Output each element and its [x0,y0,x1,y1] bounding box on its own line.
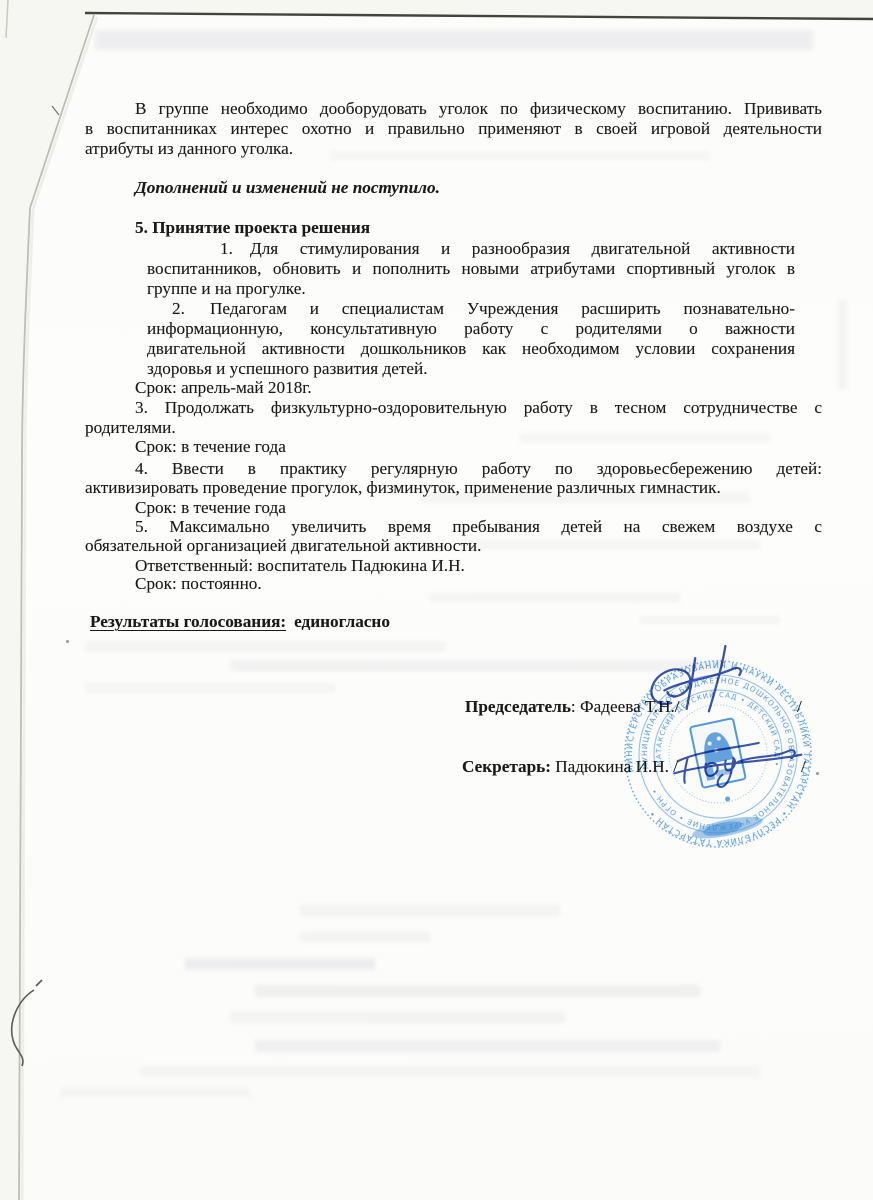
item-text: Для стимулирования и разнообразия двигат… [250,239,795,258]
voting-results-line: Результаты голосования:единогласно [90,611,390,632]
bleedthrough-artifact [838,300,847,390]
decision-item-2-line: информационную, консультативную работу с… [147,318,795,339]
section-5-heading: 5. Принятие проекта решения [135,217,370,238]
chairman-label: Председатель [465,697,571,716]
item-text: Педагогам и специалистам Учреждения расш… [210,299,795,318]
no-amendments-line: Дополнений и изменений не поступило. [135,177,440,198]
deadline-line: Срок: в течение года [135,497,286,518]
bleedthrough-artifact [85,641,445,652]
decision-item-2-line: 2.Педагогам и специалистам Учреждения ра… [172,298,795,319]
decision-item-1-line: воспитанников, обновить и пополнить новы… [147,258,795,279]
bleedthrough-artifact [460,540,760,550]
paragraph-line: В группе необходимо дооборудовать уголок… [135,98,822,119]
decision-item-1-line: группе и на прогулке. [147,278,306,299]
bleedthrough-artifact [185,958,375,970]
bleedthrough-artifact [95,30,813,50]
decision-item-5-line: обязательной организацией двигательной а… [85,535,481,556]
bleedthrough-artifact [255,1040,720,1052]
decision-item-1-line: 1.Для стимулирования и разнообразия двиг… [220,238,795,259]
scanner-edge-mark [6,0,8,38]
bleedthrough-artifact [300,932,430,942]
secretary-signature-scribble [666,732,809,801]
scanned-page: В группе необходимо дооборудовать уголок… [0,0,873,1200]
bleedthrough-artifact [640,615,780,625]
deadline-line: Срок: постоянно. [135,573,262,594]
voting-label: Результаты голосования: [90,612,286,631]
paragraph-line: атрибуты из данного уголка. [85,138,293,159]
item-number: 2. [172,298,210,319]
decision-item-2-line: здоровья и успешного развития детей. [147,358,428,379]
voting-value: единогласно [294,612,390,631]
deadline-line: Срок: в течение года [135,436,286,457]
decision-item-4-line: 4. Ввести в практику регулярную работу п… [135,458,822,479]
scan-speck [66,640,69,643]
chairman-signature-scribble [637,640,787,728]
bleedthrough-artifact [60,1088,250,1098]
decision-item-5-line: 5. Максимально увеличить время пребывани… [135,516,822,537]
paragraph-line: в воспитанниках интерес охотно и правиль… [85,118,822,139]
scan-speck-mark [52,106,59,115]
bleedthrough-artifact [330,150,710,161]
decision-item-4-line: активизировать проведение прогулок, физм… [85,477,721,498]
bleedthrough-artifact [430,593,680,603]
bleedthrough-artifact [230,1012,565,1023]
bleedthrough-artifact [255,985,700,997]
decision-item-3-line: родителями. [85,417,176,438]
bleedthrough-artifact [85,683,335,693]
item-number: 1. [220,238,250,259]
bleedthrough-artifact [300,905,560,916]
secretary-label: Секретарь: [462,757,551,776]
decision-item-2-line: двигательной активности дошкольников как… [147,338,795,359]
decision-item-3-line: 3. Продолжать физкультурно-оздоровительн… [135,397,822,418]
bleedthrough-artifact [520,433,770,443]
bleedthrough-artifact [140,1066,760,1077]
deadline-line: Срок: апрель-май 2018г. [135,377,312,398]
